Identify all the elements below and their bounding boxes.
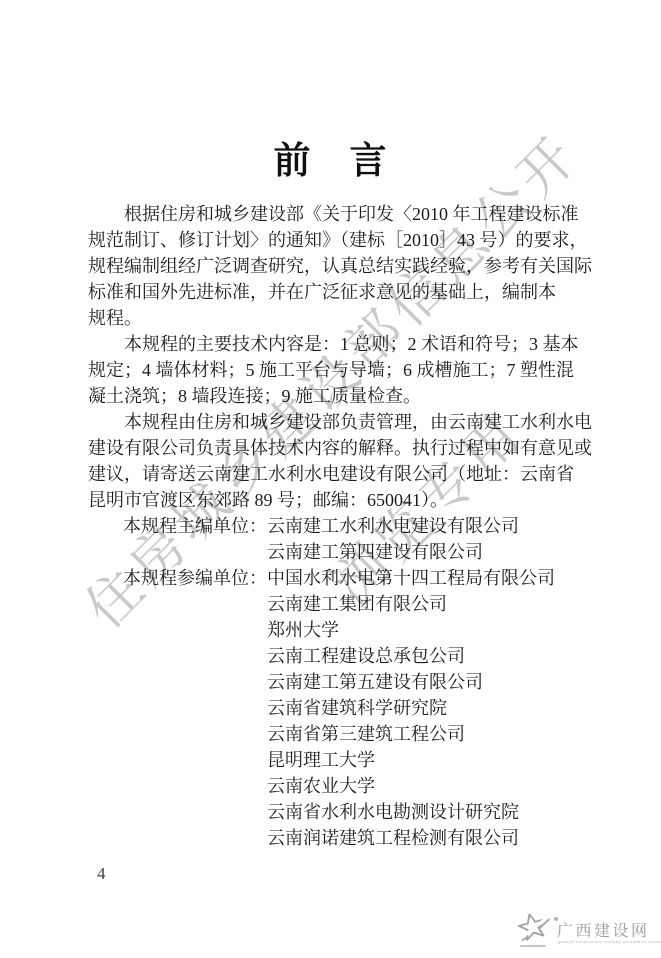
participating-units-label: 本规程参编单位： [123, 565, 267, 591]
unit-name: 中国水利水电第十四工程局有限公司 [267, 568, 555, 588]
unit-name: 云南建工集团有限公司 [267, 594, 447, 614]
para2-line1: 本规程的主要技术内容是：1 总则；2 术语和符号；3 基本 [88, 331, 578, 357]
shooting-star-icon [517, 911, 551, 945]
unit-name: 云南工程建设总承包公司 [267, 646, 465, 666]
unit-name: 云南建工第五建设有限公司 [267, 672, 483, 692]
participating-units-row: 郑州大学 [88, 617, 578, 643]
page-number: 4 [97, 864, 106, 884]
participating-units-row: 本规程参编单位：中国水利水电第十四工程局有限公司 [88, 565, 578, 591]
unit-name: 昆明理工大学 [267, 750, 375, 770]
participating-units-row: 云南省建筑科学研究院 [88, 695, 578, 721]
para1-line5: 规程。 [88, 305, 578, 331]
chief-units-row: 云南建工第四建设有限公司 [88, 539, 578, 565]
participating-units-row: 云南建工第五建设有限公司 [88, 669, 578, 695]
participating-units-row: 云南农业大学 [88, 773, 578, 799]
site-logo: 广西建设网 guangxi construction industry info… [517, 910, 659, 954]
document-page: 住房城乡建设部信息公开 浏览专用 前 言 根据住房和城乡建设部《关于印发〈201… [0, 0, 661, 958]
para2-line3: 凝土浇筑；8 墙段连接；9 施工质量检查。 [88, 383, 578, 409]
para2-line2: 规定；4 墙体材料；5 施工平台与导墙；6 成槽施工；7 塑性混 [88, 357, 578, 383]
para1-line3: 规程编制组经广泛调查研究，认真总结实践经验，参考有关国际 [88, 253, 578, 279]
para3-line4: 昆明市官渡区东郊路 89 号；邮编：650041）。 [88, 487, 578, 513]
unit-name: 云南润诺建筑工程检测有限公司 [267, 828, 519, 848]
para3-line3: 建议，请寄送云南建工水利水电建设有限公司（地址：云南省 [88, 461, 578, 487]
foreword-body: 根据住房和城乡建设部《关于印发〈2010 年工程建设标准 规范制订、修订计划〉的… [88, 201, 578, 851]
page-title: 前 言 [0, 130, 661, 184]
unit-name: 云南建工水利水电建设有限公司 [267, 516, 519, 536]
para1-line4: 标准和国外先进标准，并在广泛征求意见的基础上，编制本 [88, 279, 578, 305]
chief-units-label: 本规程主编单位： [123, 513, 267, 539]
unit-name: 云南农业大学 [267, 776, 375, 796]
participating-units-row: 云南工程建设总承包公司 [88, 643, 578, 669]
para1-line1: 根据住房和城乡建设部《关于印发〈2010 年工程建设标准 [88, 201, 578, 227]
unit-name: 云南建工第四建设有限公司 [267, 542, 483, 562]
logo-tagline: guangxi construction industry informatio… [558, 939, 661, 944]
participating-units-row: 云南润诺建筑工程检测有限公司 [88, 825, 578, 851]
logo-signature-mark [520, 945, 546, 947]
participating-units-row: 云南省水利水电勘测设计研究院 [88, 799, 578, 825]
chief-units-row: 本规程主编单位：云南建工水利水电建设有限公司 [88, 513, 578, 539]
unit-name: 云南省第三建筑工程公司 [267, 724, 465, 744]
unit-name: 郑州大学 [267, 620, 339, 640]
unit-name: 云南省建筑科学研究院 [267, 698, 447, 718]
para3-line1: 本规程由住房和城乡建设部负责管理，由云南建工水利水电 [88, 409, 578, 435]
unit-name: 云南省水利水电勘测设计研究院 [267, 802, 519, 822]
participating-units-row: 云南建工集团有限公司 [88, 591, 578, 617]
para3-line2: 建设有限公司负责具体技术内容的解释。执行过程中如有意见或 [88, 435, 578, 461]
para1-line2: 规范制订、修订计划〉的通知》（建标［2010］43 号）的要求， [88, 227, 578, 253]
page-content: 前 言 根据住房和城乡建设部《关于印发〈2010 年工程建设标准 规范制订、修订… [0, 0, 661, 958]
logo-title: 广西建设网 [557, 918, 650, 941]
participating-units-row: 昆明理工大学 [88, 747, 578, 773]
participating-units-row: 云南省第三建筑工程公司 [88, 721, 578, 747]
